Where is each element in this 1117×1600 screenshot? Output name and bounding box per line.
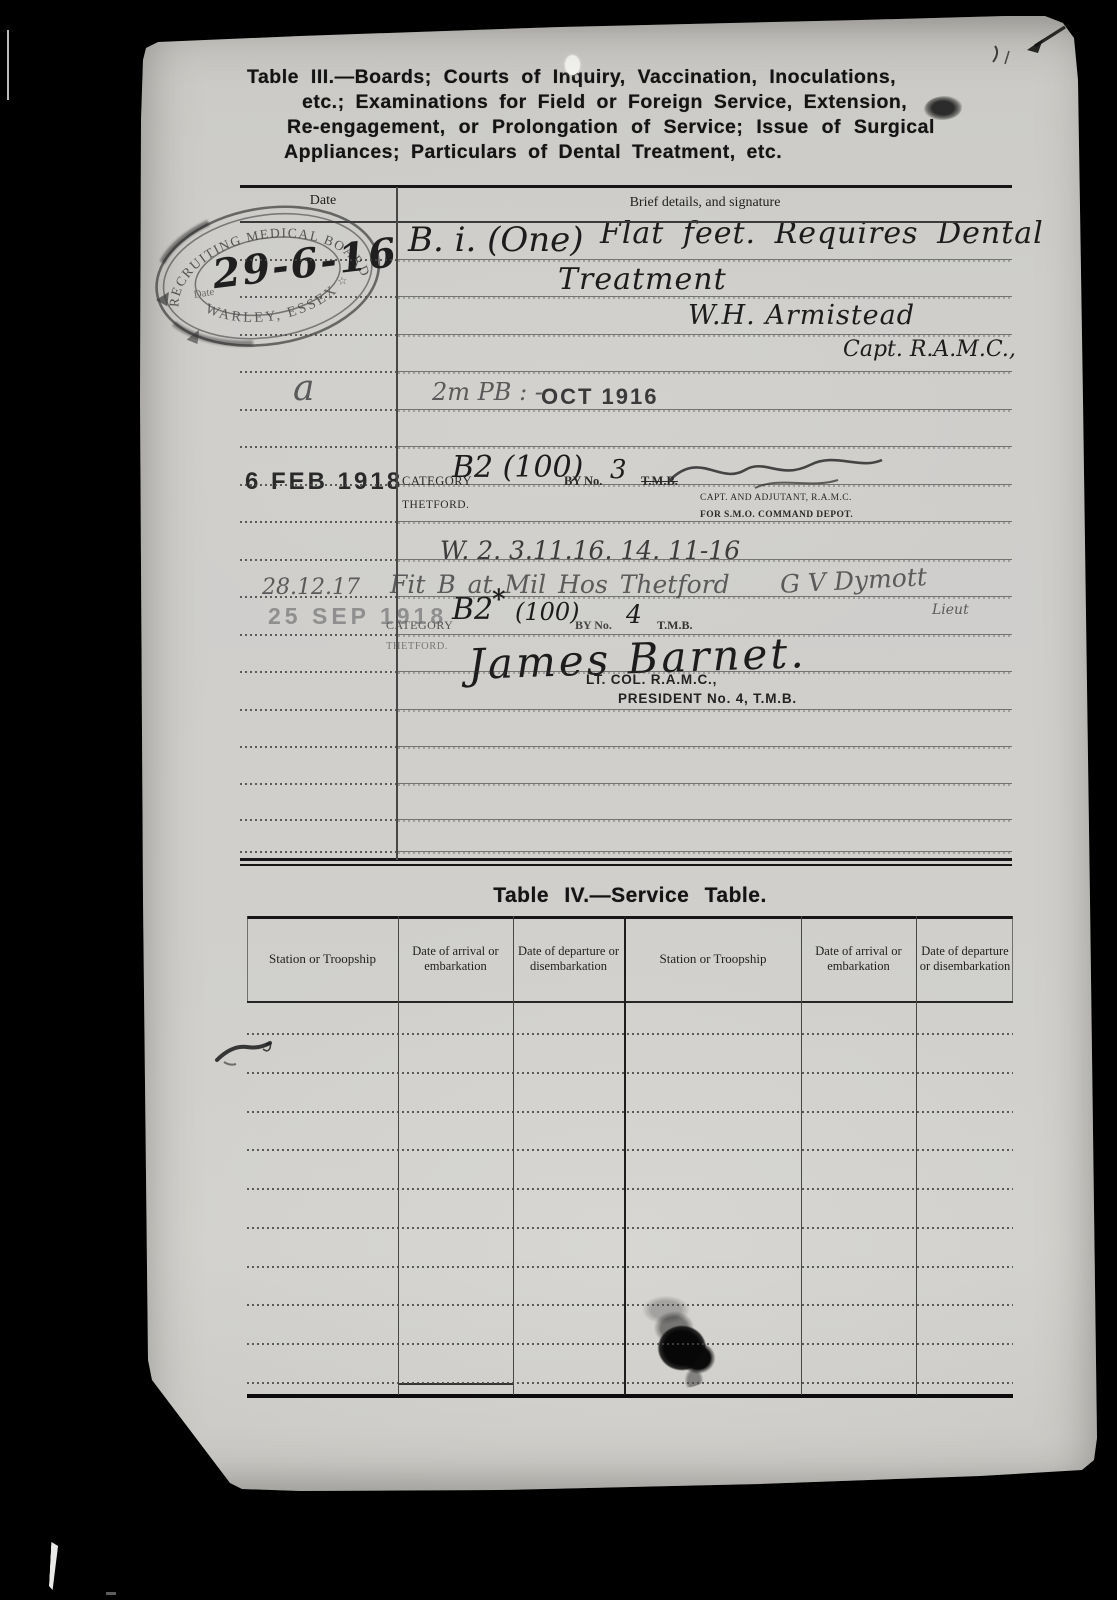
rule-line (240, 409, 396, 411)
rule-line (398, 560, 1012, 562)
rule-line (247, 916, 1013, 919)
rule-line (247, 1227, 1013, 1229)
rule-line (240, 296, 396, 298)
table3-title-line2: etc.; Examinations for Field or Foreign … (302, 91, 907, 114)
rule-line (398, 635, 1012, 637)
rule-line (247, 1001, 1013, 1003)
table4-col4-header: Station or Troopship (626, 920, 800, 998)
rule-line (398, 672, 1012, 674)
scan-margin-dash (106, 1592, 116, 1595)
table3-title-line3: Re-engagement, or Prolongation of Servic… (287, 116, 935, 139)
paper-sheet: Table III.—Boards; Courts of Inquiry, Va… (0, 0, 1117, 1600)
rule-line (240, 446, 396, 448)
pen-marks-top-right (975, 18, 1085, 78)
entry1-signature: W.H. Armistead (688, 300, 915, 331)
entry3-place: THETFORD. (402, 499, 469, 511)
scan-margin-sliver (49, 1542, 59, 1590)
rule-line (240, 864, 1012, 866)
rule-line (513, 916, 514, 1395)
rule-line (247, 1072, 1013, 1074)
scanned-document-page: Table III.—Boards; Courts of Inquiry, Va… (0, 0, 1117, 1600)
rule-line (398, 710, 1012, 712)
table4-title: Table IV.—Service Table. (247, 884, 1013, 908)
rule-line (624, 916, 626, 1395)
rule-line (247, 916, 248, 1001)
rule-line (247, 1343, 1013, 1345)
entry2-date: a (293, 368, 314, 409)
rule-line (247, 1304, 1013, 1306)
entry5-signature: G V Dymott (779, 562, 927, 599)
rule-line (240, 819, 396, 821)
entry5-signature-rank: Lieut (932, 602, 969, 618)
entry6-category-star: * (492, 585, 506, 615)
rule-line (240, 746, 396, 748)
table3-header-details: Brief details, and signature (555, 195, 855, 211)
rule-line (247, 1149, 1013, 1151)
rule-line (1012, 916, 1013, 1001)
rule-line (398, 784, 1012, 786)
rule-line (398, 260, 1012, 262)
entry1-details-line2: Treatment (558, 262, 727, 297)
scan-white-dot (565, 55, 580, 75)
rule-line (247, 1111, 1013, 1113)
rule-line (398, 522, 1012, 524)
rule-line (240, 559, 396, 561)
table3-title-line4: Appliances; Particulars of Dental Treatm… (284, 141, 782, 164)
entry6-rank-line2: PRESIDENT No. 4, T.M.B. (618, 691, 797, 706)
rule-line (240, 783, 396, 785)
rule-line (240, 671, 396, 673)
entry2-note: 2m PB : - (432, 378, 543, 406)
rule-line (398, 852, 1012, 854)
rule-line (801, 916, 802, 1395)
entry6-rank-line1: LT. COL. R.A.M.C., (586, 672, 717, 687)
rule-line (240, 185, 1012, 188)
scan-margin-line (7, 30, 9, 100)
rule-line (240, 521, 396, 523)
rule-line (240, 221, 1012, 223)
table4-col5-header: Date of arrival or embarkation (802, 920, 915, 998)
rule-line (398, 747, 1012, 749)
rule-line (398, 820, 1012, 822)
table4-col1-header: Station or Troopship (248, 920, 397, 998)
ink-blot (632, 1284, 728, 1388)
rule-line (247, 1266, 1013, 1268)
entry3-date-stamp: 6 FEB 1918 (245, 468, 403, 496)
entry2-date-stamp: OCT 1916 (541, 384, 659, 410)
rule-line (398, 916, 399, 1395)
rule-line (247, 1394, 1013, 1398)
rule-line (240, 851, 396, 853)
table4-col2-header: Date of arrival or embarkation (399, 920, 512, 998)
rule-line (240, 634, 396, 636)
rule-line (247, 1382, 1013, 1384)
entry5-note: Fit B at Mil Hos Thetford (390, 570, 730, 599)
rule-line (398, 597, 1012, 599)
table4-col6-header: Date of departure or disembarkation (917, 920, 1013, 998)
entry3-right-line1: CAPT. AND ADJUTANT, R.A.M.C. (700, 493, 852, 503)
rule-line (398, 447, 1012, 449)
rule-line (916, 916, 917, 1395)
rule-line (240, 484, 396, 486)
entry6-tmb-label: T.M.B. (657, 618, 692, 633)
rule-line (247, 1033, 1013, 1035)
stamp-date-label: Date (193, 286, 216, 301)
rule-line (398, 297, 1012, 299)
rule-line (240, 371, 396, 373)
entry3-right-line2: FOR S.M.O. COMMAND DEPOT. (700, 510, 853, 520)
rule-line (240, 259, 396, 261)
ink-scribble-mark (214, 1036, 278, 1070)
rule-line (247, 1188, 1013, 1190)
ink-smudge-over-extension (924, 96, 962, 120)
entry6-board-number: 4 (626, 600, 642, 629)
rule-line (240, 709, 396, 711)
rule-line (240, 334, 396, 336)
entry1-signature-rank: Capt. R.A.M.C., (843, 337, 1016, 362)
entry6-by-no-label: BY No. (575, 618, 612, 633)
rule-line (240, 858, 1012, 861)
rule-line (398, 335, 1012, 337)
entry6-category-paren: (100) (515, 598, 580, 626)
entry3-signature-scrawl (660, 440, 890, 500)
rule-line (398, 372, 1012, 374)
rule-line (398, 410, 1012, 412)
entry1-classification: B. i. (One) (408, 220, 584, 260)
rule-line (398, 485, 1012, 487)
entry3-board-number: 3 (610, 455, 627, 485)
table4-col3-header: Date of departure or disembarkation (514, 920, 623, 998)
rule-line (240, 596, 396, 598)
